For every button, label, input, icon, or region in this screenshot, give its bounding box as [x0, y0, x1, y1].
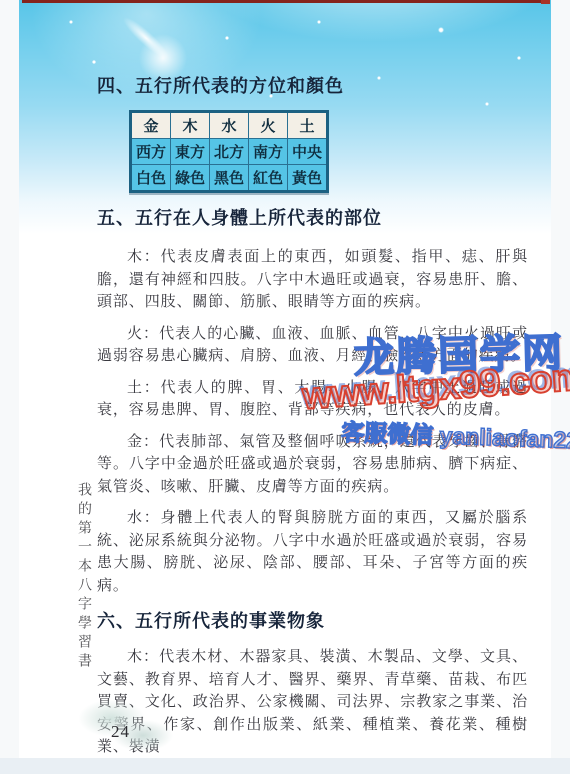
- paragraph-fire-body: 火：代表人的心臟、血液、血脈、血管，八字中火過旺或過弱容易患心臟病、肩膀、血液、…: [97, 323, 528, 368]
- table-cell: 北方: [210, 139, 249, 165]
- five-elements-table: 金 木 水 火 土 西方 東方 北方 南方 中央 白色 綠色 黑色: [129, 110, 329, 193]
- page-body-text: 五、五行在人身體上所代表的部位 木：代表皮膚表面上的東西，如頭髮、指甲、痣、肝與…: [97, 206, 528, 768]
- table-cell: 西方: [131, 139, 171, 165]
- table-cell: 黑色: [210, 165, 249, 192]
- table-header-cell: 木: [171, 112, 210, 139]
- table-header-cell: 土: [288, 112, 328, 139]
- section-heading-directions-colors: 四、五行所代表的方位和顏色: [97, 74, 344, 98]
- paragraph-metal-body: 金：代表肺部、氣管及整個呼吸系統，還代表牙齒、骨骼等。八字中金過於旺盛或過於衰弱…: [97, 431, 528, 499]
- table-cell: 綠色: [171, 165, 210, 192]
- table-cell: 中央: [288, 139, 328, 165]
- table-row-directions: 西方 東方 北方 南方 中央: [131, 139, 328, 165]
- page-background: 四、五行所代表的方位和顏色 金 木 水 火 土 西方 東方 北方 南方 中央: [0, 0, 570, 774]
- table-header-cell: 水: [210, 112, 249, 139]
- table-cell: 南方: [249, 139, 288, 165]
- paragraph-water-body: 水：身體上代表人的腎與膀胱方面的東西，又屬於腦系統、泌尿系統與分泌物。八字中水過…: [97, 507, 528, 597]
- table-cell: 東方: [171, 139, 210, 165]
- top-red-line: [22, 0, 549, 3]
- spine-book-title: 我的第一本八字學習書: [75, 482, 95, 682]
- table-cell: 紅色: [249, 165, 288, 192]
- section-heading-career-objects: 六、五行所代表的事業物象: [97, 609, 528, 633]
- table-header-row: 金 木 水 火 土: [131, 112, 328, 139]
- bottom-strip: [0, 758, 570, 774]
- table-header-cell: 金: [131, 112, 171, 139]
- table-cell: 黃色: [288, 165, 328, 192]
- table-row-colors: 白色 綠色 黑色 紅色 黃色: [131, 165, 328, 192]
- paragraph-wood-body: 木：代表皮膚表面上的東西，如頭髮、指甲、痣、肝與膽，還有神經和四肢。八字中木過旺…: [97, 246, 528, 314]
- table-header-cell: 火: [249, 112, 288, 139]
- book-page: 四、五行所代表的方位和顏色 金 木 水 火 土 西方 東方 北方 南方 中央: [19, 0, 551, 758]
- section-heading-body-parts: 五、五行在人身體上所代表的部位: [97, 206, 528, 230]
- paragraph-earth-body: 土：代表人的脾、胃、大腸、小腸，八字中土過旺或過衰，容易患脾、胃、腹腔、背部等疾…: [97, 377, 528, 422]
- page-number: 24: [111, 722, 130, 742]
- table-cell: 白色: [131, 165, 171, 192]
